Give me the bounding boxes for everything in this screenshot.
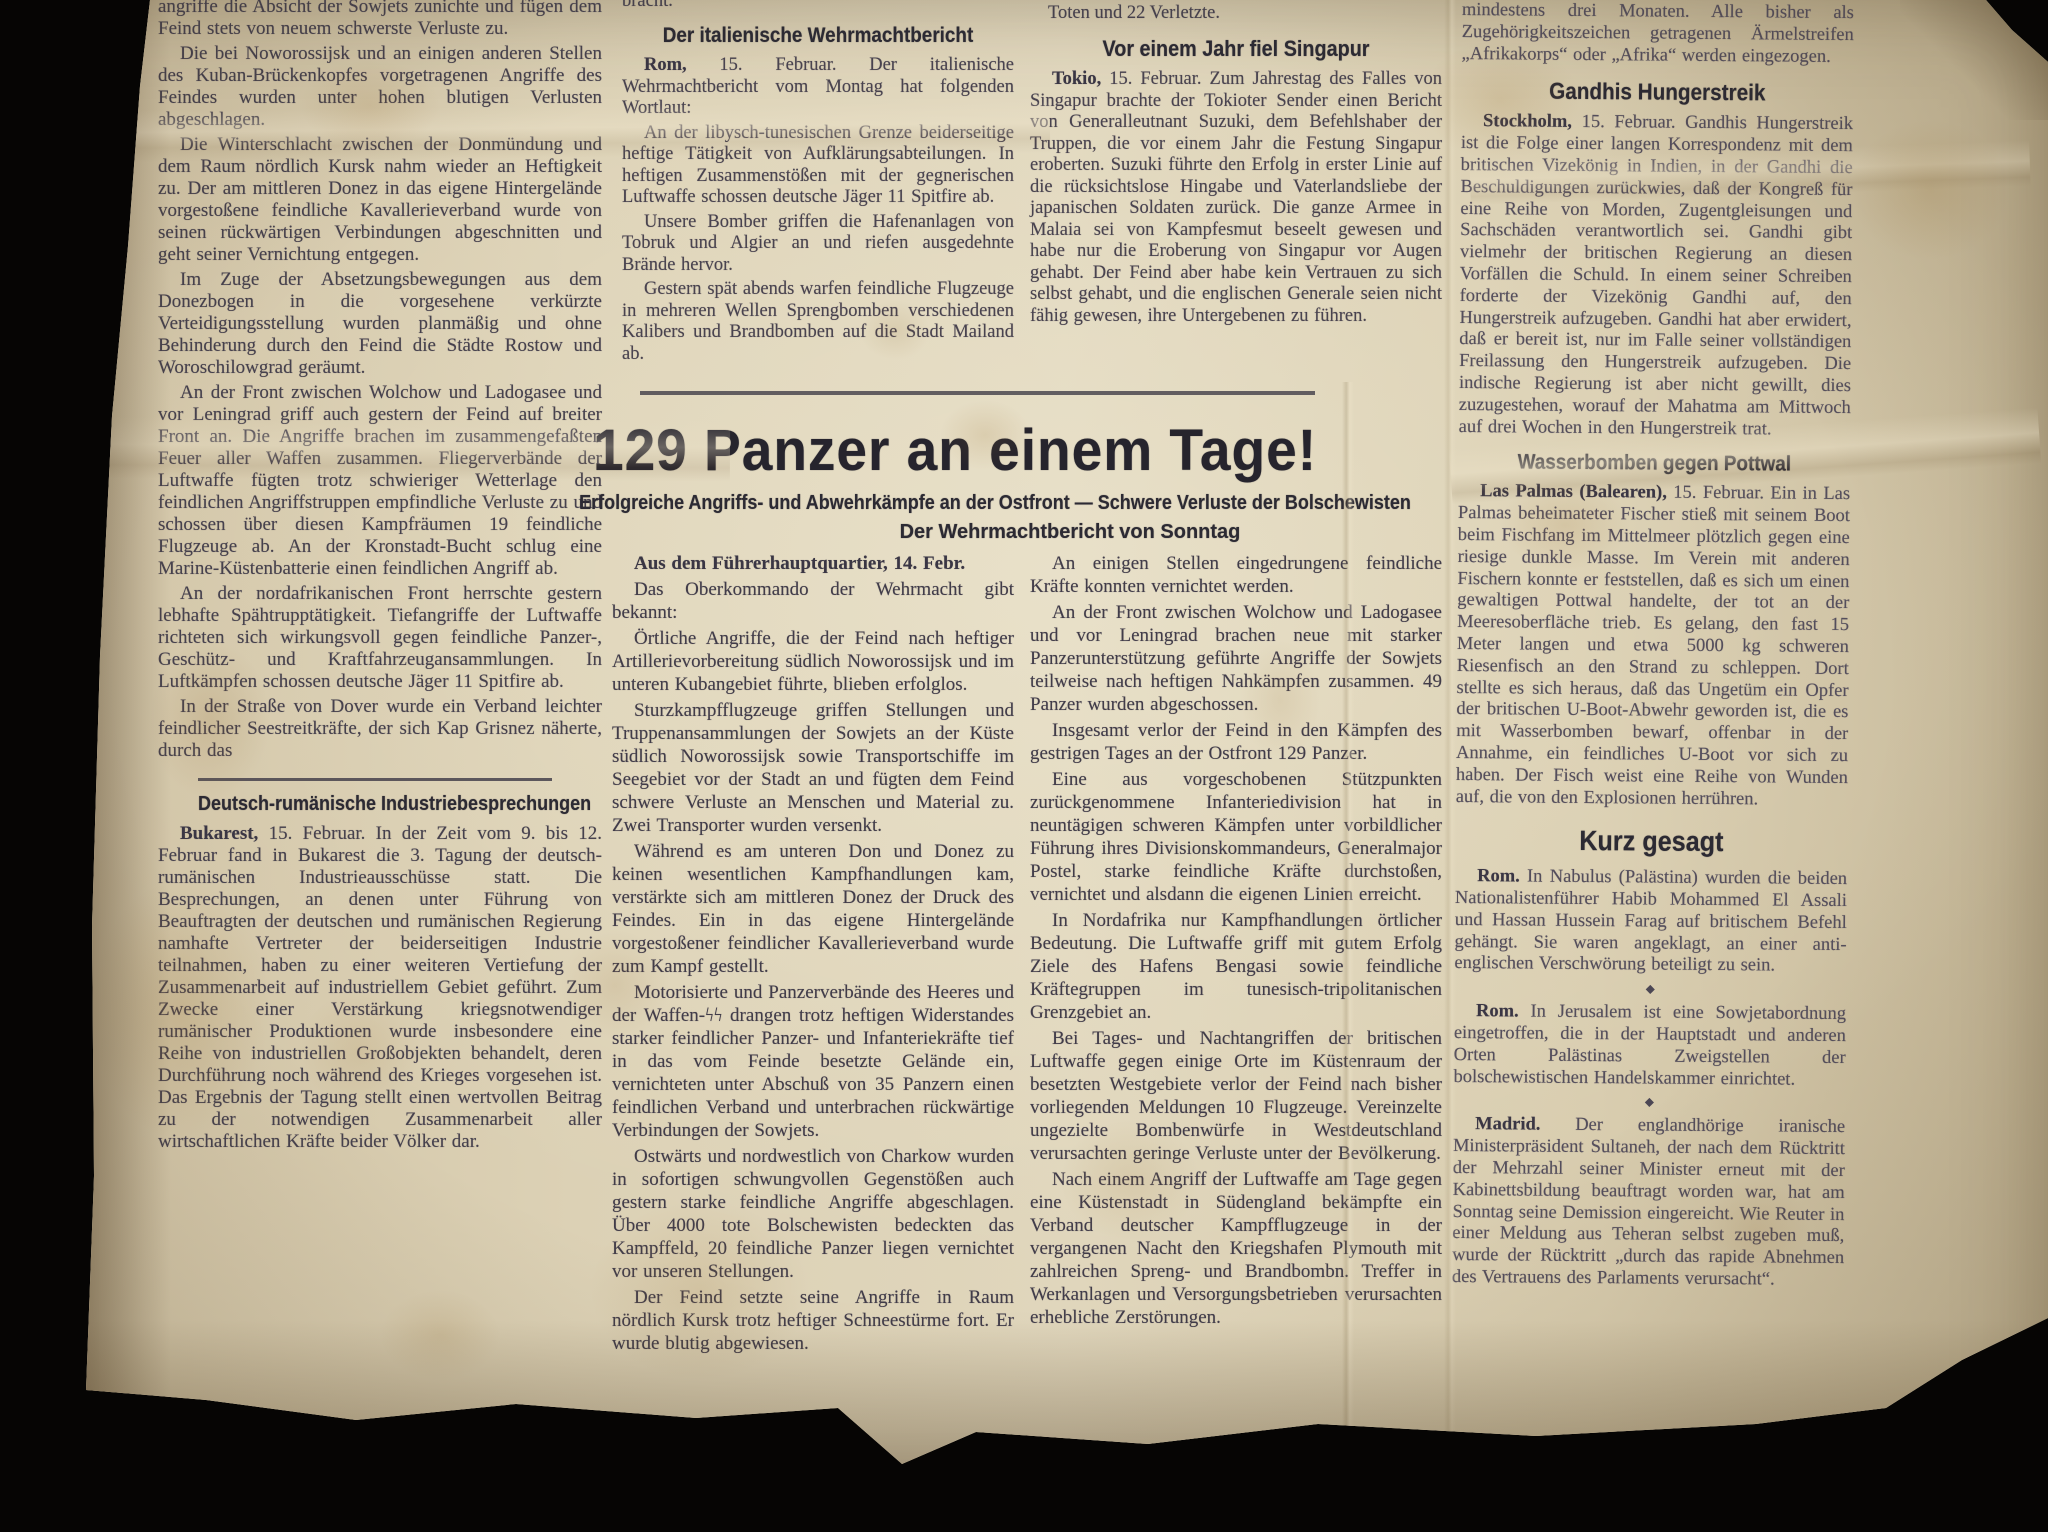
newspaper-photo: angriffe die Absicht der Sowjets zunicht…	[0, 0, 2048, 1532]
article-paragraph: Der Feind setzte seine Angriffe in Raum …	[612, 1286, 1014, 1355]
column-italian-report: bracht. Der italienische Wehrmachtberich…	[622, 0, 1014, 368]
article-paragraph: Örtliche Angriffe, die der Feind nach he…	[612, 627, 1014, 696]
headline-italian-report: Der italienische Wehrmachtbericht	[642, 24, 995, 48]
article-paragraph: In Nordafrika nur Kampfhandlungen örtlic…	[1030, 909, 1442, 1024]
brief-item: Madrid. Der englandhörige iranische Mini…	[1452, 1114, 1845, 1291]
column-left-war-report: angriffe die Absicht der Sowjets zunicht…	[158, 0, 602, 1156]
headline-in-brief: Kurz gesagt	[1475, 824, 1828, 859]
article-text: 15. Februar. Gandhis Hungerstreik ist di…	[1459, 112, 1854, 439]
paper-stain	[1850, 120, 2010, 260]
article-paragraph: Die bei Noworossijsk und an einigen ande…	[158, 43, 602, 131]
main-subhead: Erfolgreiche Angriffs- und Abwehrkämpfe …	[550, 492, 1441, 515]
article-paragraph: Bei Tages- und Nachtangriffen der britis…	[1030, 1027, 1442, 1165]
article-paragraph: Stockholm, 15. Februar. Gandhis Hungerst…	[1459, 111, 1854, 441]
dateline: Tokio,	[1052, 69, 1101, 89]
article-paragraph: Insgesamt verlor der Feind in den Kämpfe…	[1030, 719, 1442, 765]
main-headline: 129 Panzer an einem Tage!	[580, 420, 1331, 482]
cut-paragraph-afrikakorps: mindestens drei Monaten. Alle bisher als…	[1461, 0, 1854, 68]
dateline: Rom.	[1476, 1001, 1519, 1021]
article-paragraph: Tokio, 15. Februar. Zum Jahrestag des Fa…	[1030, 69, 1442, 327]
cut-line-fragment: Toten und 22 Verletzte.	[1030, 3, 1442, 24]
paper-stain	[380, 1290, 500, 1380]
main-subhead-second-line: Der Wehrmachtbericht von Sonntag	[700, 521, 1440, 544]
brief-item: Rom. In Nabulus (Palästina) wurden die b…	[1454, 866, 1847, 978]
headline-singapore: Vor einem Jahr fiel Singapur	[1051, 36, 1422, 62]
dateline: Madrid.	[1475, 1115, 1540, 1136]
article-text: Der englandhörige iranische Ministerpräs…	[1452, 1115, 1845, 1289]
article-paragraph: An der Front zwischen Wolchow und Ladoga…	[158, 382, 602, 580]
dateline: Rom,	[644, 55, 687, 75]
torn-edge-shadow-top-right	[1900, 0, 2048, 120]
dateline: Bukarest,	[180, 823, 258, 844]
article-dateline-line: Aus dem Führerhauptquartier, 14. Febr.	[612, 552, 1014, 575]
diamond-separator-icon: ◆	[1454, 980, 1846, 997]
main-article-column-left: Aus dem Führerhauptquartier, 14. Febr. D…	[612, 552, 1014, 1358]
article-paragraph: In der Straße von Dover wurde ein Verban…	[158, 696, 602, 762]
article-paragraph: Sturzkampfflugzeuge griffen Stellungen u…	[612, 699, 1014, 837]
article-paragraph: Motorisierte und Panzerverbände des Heer…	[612, 981, 1014, 1142]
paper-sheet: angriffe die Absicht der Sowjets zunicht…	[0, 0, 2048, 1532]
headline-industry-talks: Deutsch-rumänische Industriebesprechunge…	[198, 793, 562, 816]
article-paragraph: Im Zuge der Absetzungsbewegungen aus dem…	[158, 269, 602, 379]
brief-item: Rom. In Jerusalem ist eine Sowjetabordnu…	[1453, 1001, 1846, 1091]
article-paragraph: Das Oberkommando der Wehrmacht gibt beka…	[612, 578, 1014, 624]
article-paragraph: Bukarest, 15. Februar. In der Zeit vom 9…	[158, 823, 602, 1153]
article-paragraph: Unsere Bomber griffen die Hafenanlagen v…	[622, 212, 1014, 277]
cut-line-fragment: bracht.	[622, 0, 1014, 12]
column-singapore: einen Toten und 22 Verletzte. Vor einem …	[1030, 0, 1442, 330]
article-text: 15. Februar. In der Zeit vom 9. bis 12. …	[158, 823, 602, 1152]
main-article-column-right: An einigen Stellen eingedrungene feindli…	[1030, 552, 1442, 1332]
headline-gandhi: Gandhis Hungerstreik	[1481, 78, 1834, 108]
section-divider	[198, 778, 552, 781]
article-paragraph: An der nordafrikanischen Front herrschte…	[158, 583, 602, 693]
headline-whale: Wasserbomben gegen Pottwal	[1478, 450, 1831, 477]
article-paragraph: An einigen Stellen eingedrungene feindli…	[1030, 552, 1442, 598]
dateline: Aus dem Führerhauptquartier, 14. Febr.	[634, 553, 965, 574]
article-text: 15. Februar. Zum Jahrestag des Falles vo…	[1030, 69, 1442, 326]
diamond-separator-icon: ◆	[1453, 1093, 1845, 1110]
dateline: Las Palmas (Balearen),	[1480, 482, 1667, 503]
dateline: Stockholm,	[1483, 112, 1572, 133]
torn-edge-shadow-bottom	[80, 1320, 2048, 1470]
article-paragraph: An der libysch-tunesischen Grenze beider…	[622, 123, 1014, 209]
article-paragraph: Während es am unteren Don und Donez zu k…	[612, 840, 1014, 978]
article-paragraph: Ostwärts und nordwestlich von Charkow wu…	[612, 1145, 1014, 1283]
article-paragraph: Nach einem Angriff der Luftwaffe am Tage…	[1030, 1168, 1442, 1329]
article-text: 15. Februar. Ein in Las Palmas beheimate…	[1456, 483, 1851, 809]
article-paragraph: Las Palmas (Balearen), 15. Februar. Ein …	[1456, 481, 1851, 811]
headline-divider	[640, 391, 1315, 395]
article-paragraph: angriffe die Absicht der Sowjets zunicht…	[158, 0, 602, 40]
dateline: Rom.	[1477, 866, 1520, 886]
article-paragraph: An der Front zwischen Wolchow und Ladoga…	[1030, 601, 1442, 716]
column-right-news: mindestens drei Monaten. Alle bisher als…	[1452, 0, 1854, 1295]
article-paragraph: Die Winterschlacht zwischen der Donmündu…	[158, 134, 602, 266]
article-paragraph: Rom, 15. Februar. Der italienische Wehrm…	[622, 55, 1014, 120]
article-paragraph: Gestern spät abends warfen feindliche Fl…	[622, 279, 1014, 365]
article-paragraph: Eine aus vorgeschobenen Stützpunkten zur…	[1030, 768, 1442, 906]
